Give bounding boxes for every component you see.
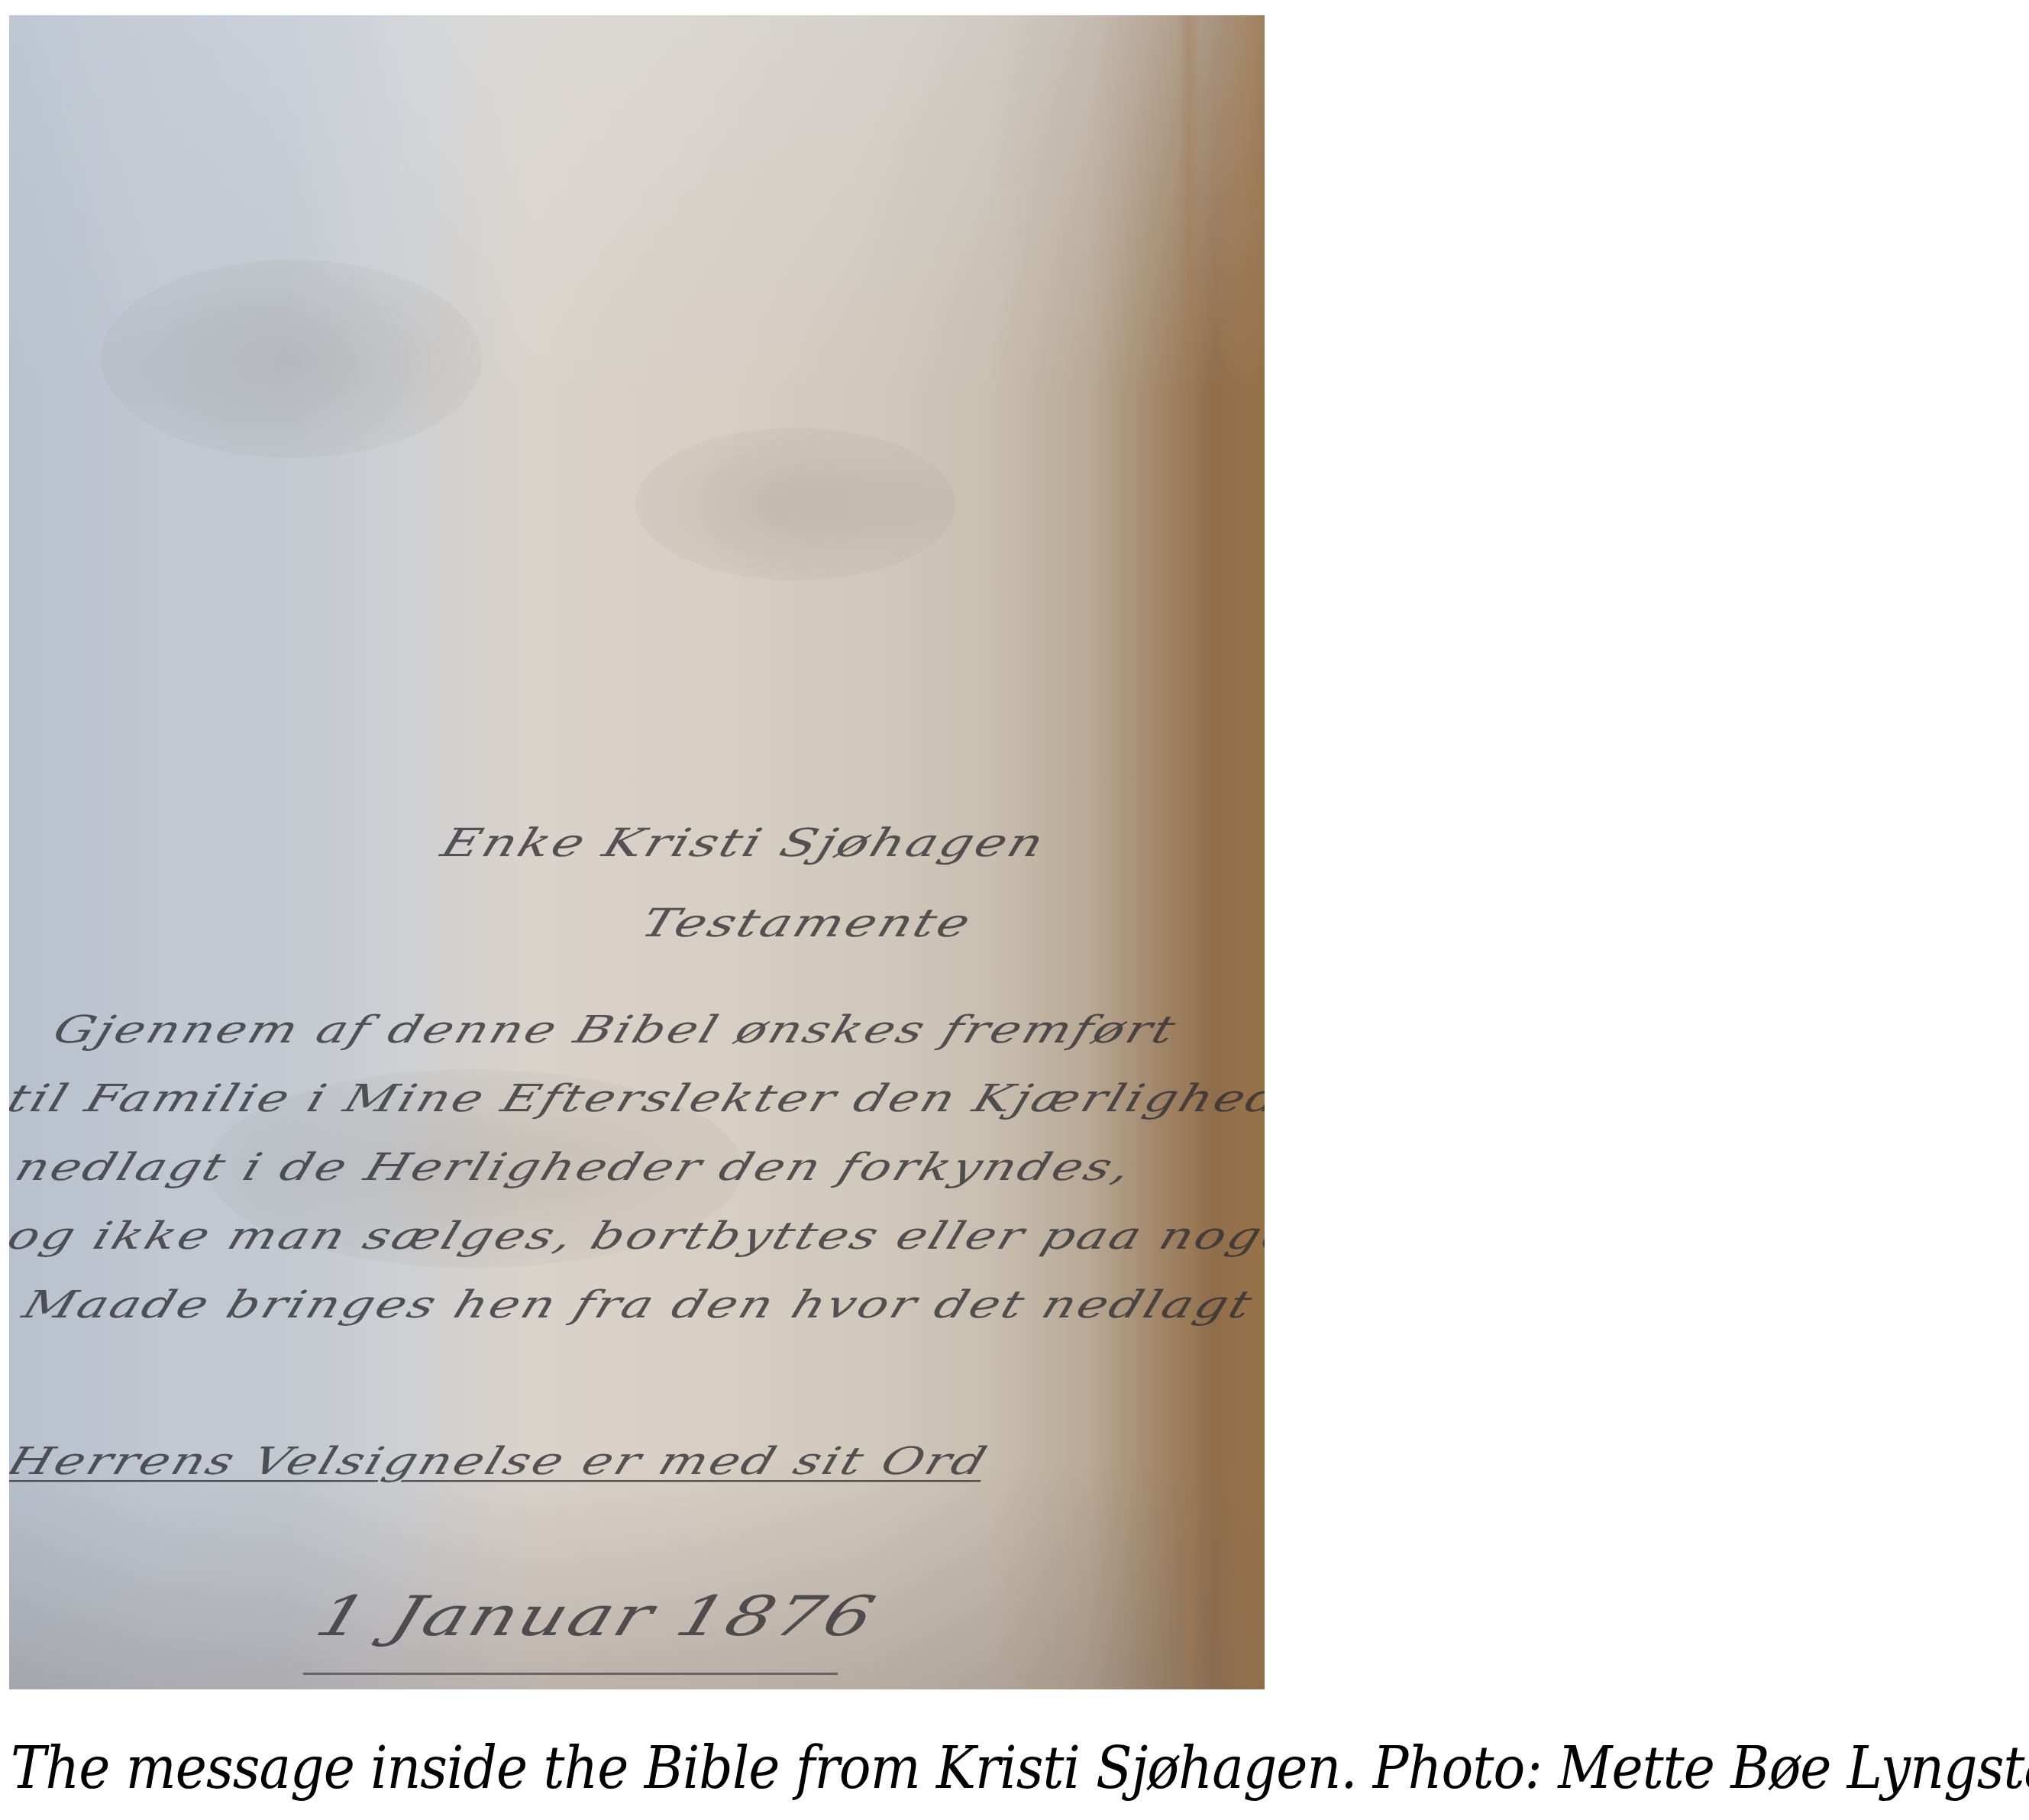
handwritten-heading-testament: Testamente [635,901,977,946]
handwritten-date: 1 Januar 1876 [308,1584,884,1648]
paper-stain [635,428,956,580]
photo-bottom-shadow [9,1460,1265,1689]
paper-stain [101,260,483,458]
page-fold [1178,15,1200,1689]
date-underline [303,1673,838,1675]
page-edge [1211,15,1265,1689]
handwritten-line-2: til Familie i Mine Efterslekter den Kjær… [9,1077,1265,1121]
bible-message-photo: Enke Kristi Sjøhagen Testamente Gjennem … [9,15,1265,1689]
handwritten-line-5: Maade bringes hen fra den hvor det nedla… [18,1283,1260,1327]
photo-caption: The message inside the Bible from Kristi… [11,1734,1856,1802]
handwritten-line-3: nedlagt i de Herligheder den forkyndes, [10,1146,1139,1190]
handwritten-heading-name: Enke Kristi Sjøhagen [435,821,1052,866]
handwritten-underlined-line: Herrens Velsignelse er med sit Ord [9,1440,994,1484]
handwritten-line-1: Gjennem af denne Bibel ønskes fremført [48,1008,1184,1052]
handwritten-line-4: og ikke man sælges, bortbyttes eller paa… [9,1214,1265,1259]
